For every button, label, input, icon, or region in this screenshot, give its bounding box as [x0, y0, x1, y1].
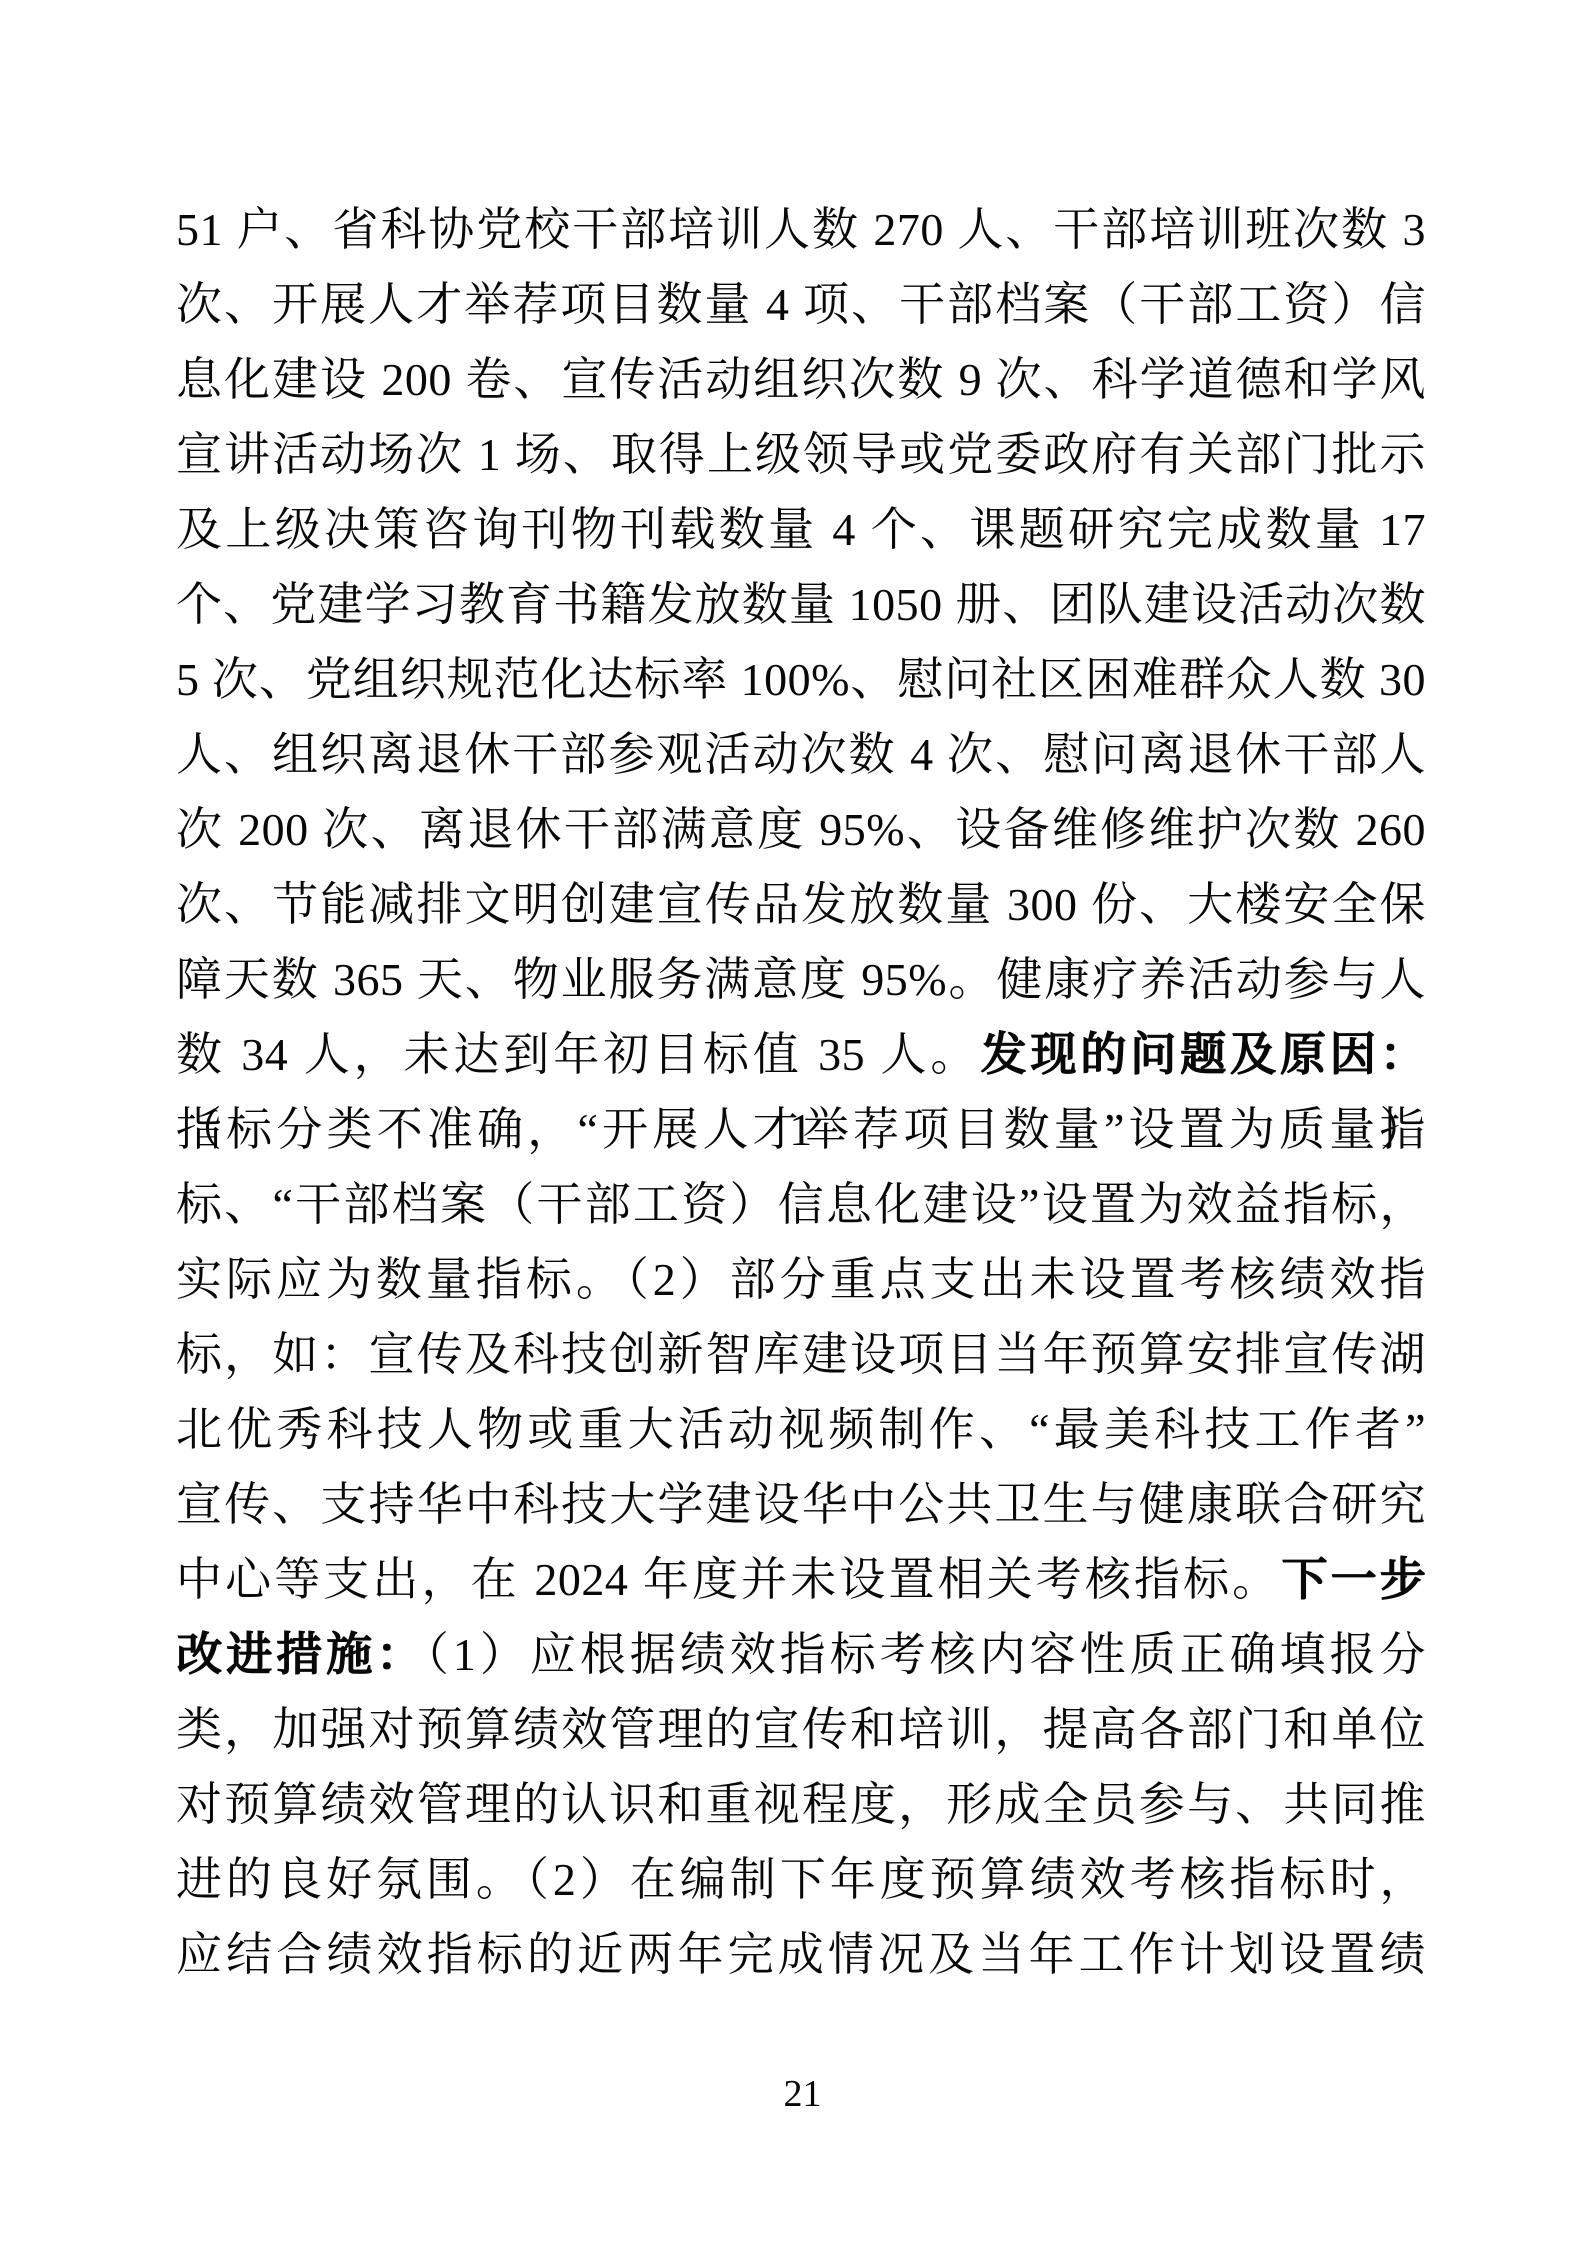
bold-text-segment: 改进措施：	[176, 1629, 426, 1680]
text-segment: 类，加强对预算绩效管理的宣传和培训，提高各部门和单位	[176, 1704, 1426, 1755]
page-body-text: 51 户、省科协党校干部培训人数 270 人、干部培训班次数 3次、开展人才举荐…	[176, 192, 1426, 1992]
text-line: 个、党建学习教育书籍发放数量 1050 册、团队建设活动次数	[176, 567, 1426, 642]
text-segment: 人、组织离退休干部参观活动次数 4 次、慰问离退休干部人	[176, 729, 1426, 780]
text-line: 类，加强对预算绩效管理的宣传和培训，提高各部门和单位	[176, 1692, 1426, 1767]
document-page: 51 户、省科协党校干部培训人数 270 人、干部培训班次数 3次、开展人才举荐…	[0, 0, 1587, 2245]
text-segment: 息化建设 200 卷、宣传活动组织次数 9 次、科学道德和学风	[176, 354, 1426, 405]
text-line: 数 34 人，未达到年初目标值 35 人。发现的问题及原因：（1）	[176, 1017, 1426, 1092]
text-segment: 实际应为数量指标。（2）部分重点支出未设置考核绩效指	[176, 1254, 1426, 1305]
text-segment: 标、“干部档案（干部工资）信息化建设”设置为效益指标，	[176, 1179, 1426, 1230]
text-line: 中心等支出，在 2024 年度并未设置相关考核指标。下一步	[176, 1542, 1426, 1617]
text-line: 宣传、支持华中科技大学建设华中公共卫生与健康联合研究	[176, 1467, 1426, 1542]
page-number: 21	[9, 2072, 1587, 2116]
text-line: 次、节能减排文明创建宣传品发放数量 300 份、大楼安全保	[176, 867, 1426, 942]
text-segment: 次、开展人才举荐项目数量 4 项、干部档案（干部工资）信	[176, 279, 1426, 330]
text-line: 次 200 次、离退休干部满意度 95%、设备维修维护次数 260	[176, 792, 1426, 867]
bold-text-segment: 发现的问题及原因：	[980, 1029, 1426, 1080]
text-line: 改进措施：（1）应根据绩效指标考核内容性质正确填报分	[176, 1617, 1426, 1692]
bold-text-segment: 下一步	[1281, 1554, 1426, 1605]
text-line: 指标分类不准确，“开展人才举荐项目数量”设置为质量指	[176, 1092, 1426, 1167]
text-segment: 应结合绩效指标的近两年完成情况及当年工作计划设置绩	[176, 1929, 1426, 1980]
text-line: 实际应为数量指标。（2）部分重点支出未设置考核绩效指	[176, 1242, 1426, 1317]
text-line: 对预算绩效管理的认识和重视程度，形成全员参与、共同推	[176, 1767, 1426, 1842]
text-segment: 指标分类不准确，“开展人才举荐项目数量”设置为质量指	[176, 1104, 1426, 1155]
text-segment: 标，如：宣传及科技创新智库建设项目当年预算安排宣传湖	[176, 1329, 1426, 1380]
text-line: 应结合绩效指标的近两年完成情况及当年工作计划设置绩	[176, 1917, 1426, 1992]
text-line: 标，如：宣传及科技创新智库建设项目当年预算安排宣传湖	[176, 1317, 1426, 1392]
text-segment: 宣传、支持华中科技大学建设华中公共卫生与健康联合研究	[176, 1479, 1426, 1530]
text-line: 息化建设 200 卷、宣传活动组织次数 9 次、科学道德和学风	[176, 342, 1426, 417]
text-segment: （1）应根据绩效指标考核内容性质正确填报分	[426, 1629, 1426, 1680]
text-segment: 障天数 365 天、物业服务满意度 95%。健康疗养活动参与人	[176, 954, 1426, 1005]
text-line: 障天数 365 天、物业服务满意度 95%。健康疗养活动参与人	[176, 942, 1426, 1017]
text-segment: 数 34 人，未达到年初目标值 35 人。	[176, 1029, 980, 1080]
text-segment: 次 200 次、离退休干部满意度 95%、设备维修维护次数 260	[176, 804, 1426, 855]
text-line: 北优秀科技人物或重大活动视频制作、“最美科技工作者”	[176, 1392, 1426, 1467]
text-line: 51 户、省科协党校干部培训人数 270 人、干部培训班次数 3	[176, 192, 1426, 267]
text-segment: 对预算绩效管理的认识和重视程度，形成全员参与、共同推	[176, 1779, 1426, 1830]
text-line: 进的良好氛围。（2）在编制下年度预算绩效考核指标时，	[176, 1842, 1426, 1917]
text-line: 5 次、党组织规范化达标率 100%、慰问社区困难群众人数 30	[176, 642, 1426, 717]
text-segment: 中心等支出，在 2024 年度并未设置相关考核指标。	[176, 1554, 1281, 1605]
text-line: 次、开展人才举荐项目数量 4 项、干部档案（干部工资）信	[176, 267, 1426, 342]
text-segment: 及上级决策咨询刊物刊载数量 4 个、课题研究完成数量 17	[176, 504, 1426, 555]
text-segment: 5 次、党组织规范化达标率 100%、慰问社区困难群众人数 30	[176, 654, 1426, 705]
text-segment: 次、节能减排文明创建宣传品发放数量 300 份、大楼安全保	[176, 879, 1426, 930]
text-segment: 51 户、省科协党校干部培训人数 270 人、干部培训班次数 3	[176, 204, 1426, 255]
text-line: 宣讲活动场次 1 场、取得上级领导或党委政府有关部门批示	[176, 417, 1426, 492]
text-line: 标、“干部档案（干部工资）信息化建设”设置为效益指标，	[176, 1167, 1426, 1242]
text-line: 人、组织离退休干部参观活动次数 4 次、慰问离退休干部人	[176, 717, 1426, 792]
text-segment: 进的良好氛围。（2）在编制下年度预算绩效考核指标时，	[176, 1854, 1426, 1905]
text-segment: 个、党建学习教育书籍发放数量 1050 册、团队建设活动次数	[176, 579, 1426, 630]
text-segment: 北优秀科技人物或重大活动视频制作、“最美科技工作者”	[176, 1404, 1426, 1455]
text-segment: 宣讲活动场次 1 场、取得上级领导或党委政府有关部门批示	[176, 429, 1426, 480]
text-line: 及上级决策咨询刊物刊载数量 4 个、课题研究完成数量 17	[176, 492, 1426, 567]
